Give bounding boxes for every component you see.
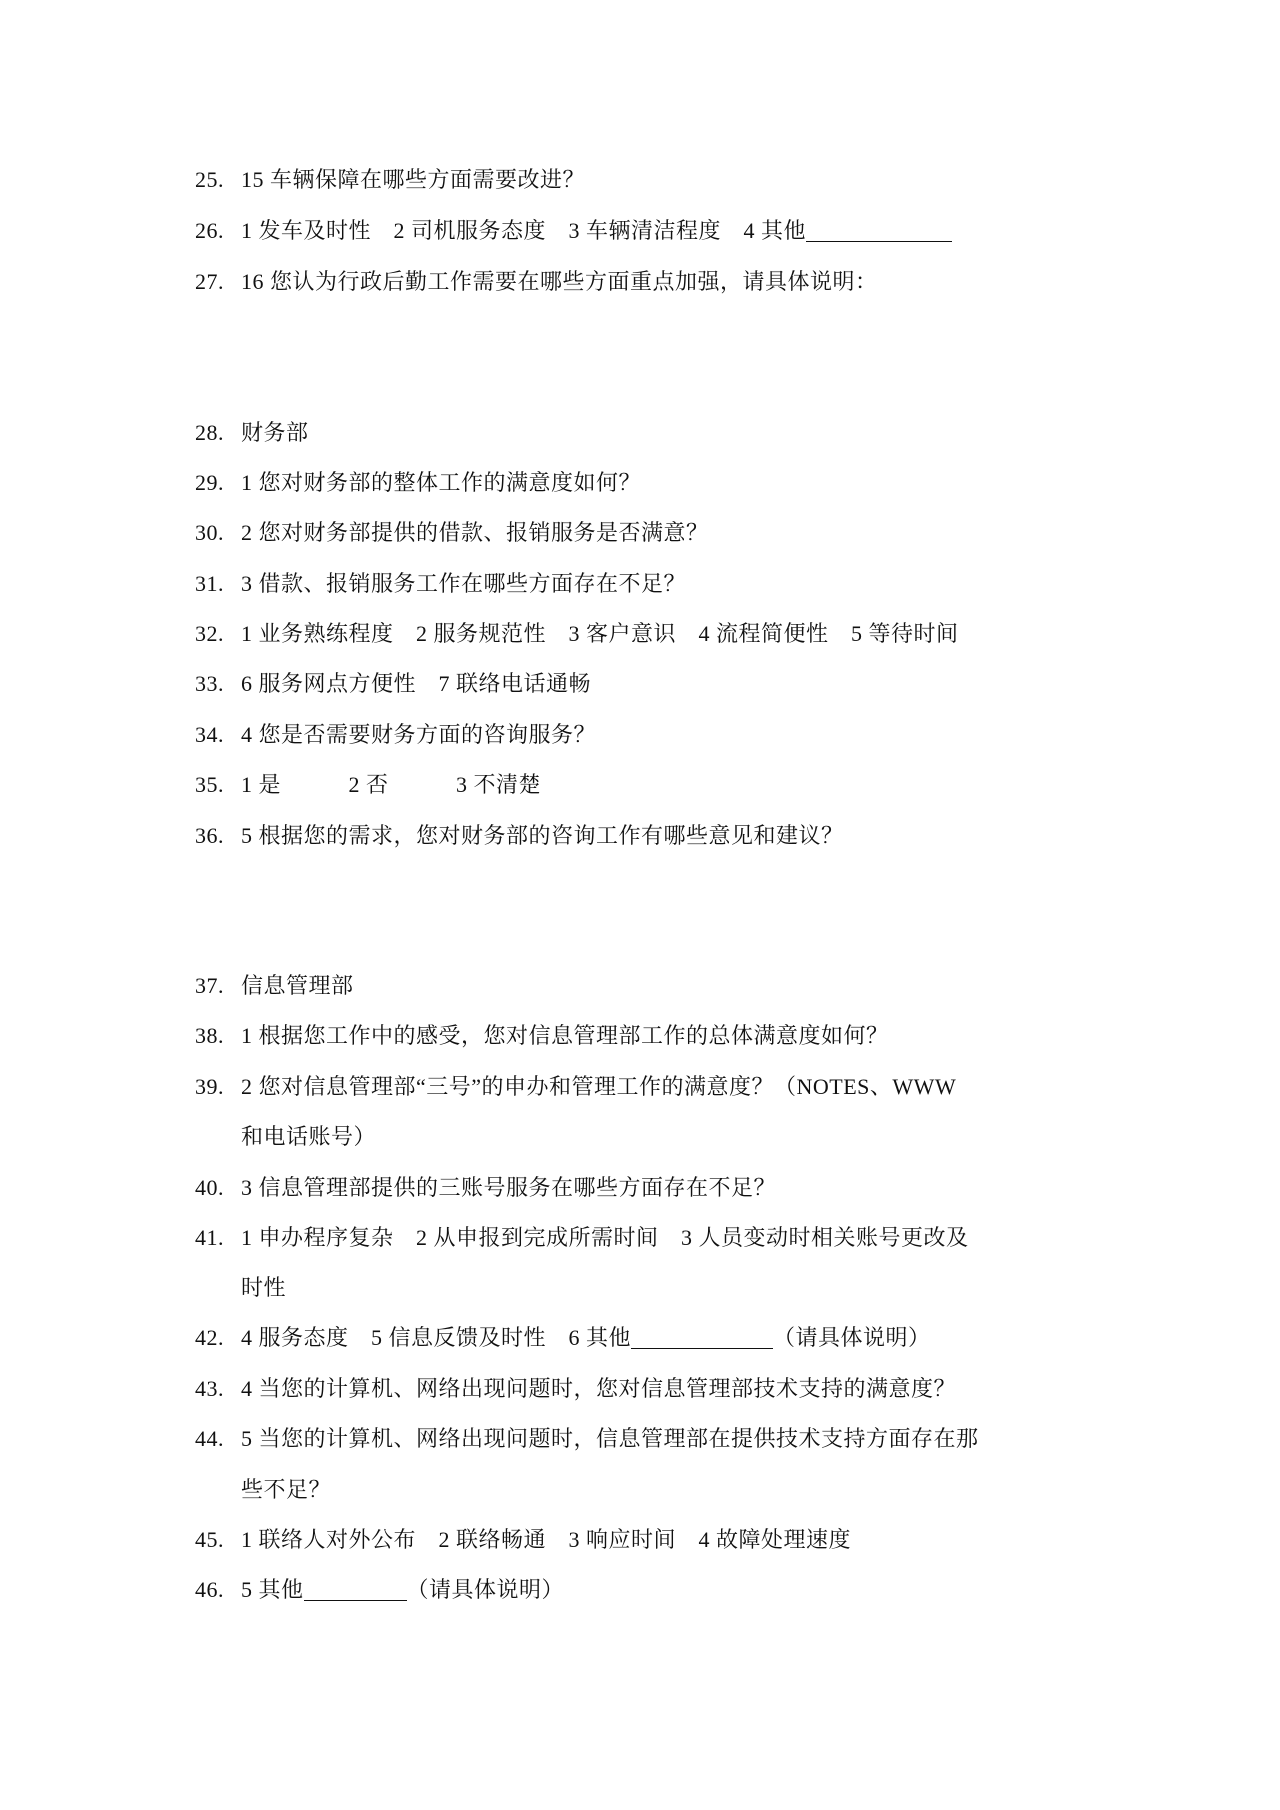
line-text: 6 服务网点方便性 7 联络电话通畅 bbox=[241, 671, 591, 696]
line-number: 37. bbox=[195, 971, 241, 1001]
line-number: 45. bbox=[195, 1525, 241, 1555]
line-number: 46. bbox=[195, 1575, 241, 1605]
line-number: 26. bbox=[195, 216, 241, 246]
options-line-41: 41.1 申办程序复杂 2 从申报到完成所需时间 3 人员变动时相关账号更改及 bbox=[195, 1223, 969, 1253]
question-line-25: 25.15 车辆保障在哪些方面需要改进？ bbox=[195, 165, 585, 195]
line-number: 33. bbox=[195, 669, 241, 699]
line-text: 些不足？ bbox=[241, 1477, 331, 1502]
line-suffix: （请具体说明） bbox=[773, 1325, 931, 1350]
fill-in-blank[interactable] bbox=[631, 1326, 773, 1349]
options-line-32: 32.1 业务熟练程度 2 服务规范性 3 客户意识 4 流程简便性 5 等待时… bbox=[195, 619, 959, 649]
line-text: 2 您对信息管理部“三号”的申办和管理工作的满意度？（NOTES、WWW bbox=[241, 1074, 956, 1099]
line-text: 1 业务熟练程度 2 服务规范性 3 客户意识 4 流程简便性 5 等待时间 bbox=[241, 621, 959, 646]
line-number: 32. bbox=[195, 619, 241, 649]
fill-in-blank[interactable] bbox=[806, 219, 952, 242]
question-line-38: 38.1 根据您工作中的感受，您对信息管理部工作的总体满意度如何？ bbox=[195, 1021, 889, 1051]
line-text: 1 联络人对外公布 2 联络畅通 3 响应时间 4 故障处理速度 bbox=[241, 1527, 851, 1552]
question-line-44: 44.5 当您的计算机、网络出现问题时，信息管理部在提供技术支持方面存在那 bbox=[195, 1424, 979, 1454]
question-line-31: 31.3 借款、报销服务工作在哪些方面存在不足？ bbox=[195, 569, 686, 599]
options-line-45: 45.1 联络人对外公布 2 联络畅通 3 响应时间 4 故障处理速度 bbox=[195, 1525, 851, 1555]
line-text: 16 您认为行政后勤工作需要在哪些方面重点加强，请具体说明： bbox=[241, 269, 878, 294]
line-number: 38. bbox=[195, 1021, 241, 1051]
line-text: 1 是 2 否 3 不清楚 bbox=[241, 772, 541, 797]
options-line-33: 33.6 服务网点方便性 7 联络电话通畅 bbox=[195, 669, 591, 699]
line-number: 39. bbox=[195, 1072, 241, 1102]
line-number: 36. bbox=[195, 821, 241, 851]
line-text: 4 您是否需要财务方面的咨询服务？ bbox=[241, 722, 596, 747]
line-text: 5 其他 bbox=[241, 1577, 304, 1602]
line-number: 31. bbox=[195, 569, 241, 599]
options-line-26: 26.1 发车及时性 2 司机服务态度 3 车辆清洁程度 4 其他 bbox=[195, 216, 952, 246]
question-line-43: 43.4 当您的计算机、网络出现问题时，您对信息管理部技术支持的满意度？ bbox=[195, 1374, 956, 1404]
section-title: 信息管理部 bbox=[241, 973, 354, 998]
line-number: 34. bbox=[195, 720, 241, 750]
question-line-40: 40.3 信息管理部提供的三账号服务在哪些方面存在不足？ bbox=[195, 1173, 776, 1203]
line-number: 42. bbox=[195, 1323, 241, 1353]
section-heading-info-mgmt: 37.信息管理部 bbox=[195, 971, 354, 1001]
line-number: 35. bbox=[195, 770, 241, 800]
question-line-29: 29.1 您对财务部的整体工作的满意度如何？ bbox=[195, 468, 641, 498]
fill-in-blank[interactable] bbox=[304, 1578, 407, 1601]
section-title: 财务部 bbox=[241, 420, 309, 445]
question-line-39: 39.2 您对信息管理部“三号”的申办和管理工作的满意度？（NOTES、WWW bbox=[195, 1072, 956, 1102]
line-number: 41. bbox=[195, 1223, 241, 1253]
options-line-42: 42.4 服务态度 5 信息反馈及时性 6 其他（请具体说明） bbox=[195, 1323, 931, 1353]
line-text: 4 服务态度 5 信息反馈及时性 6 其他 bbox=[241, 1325, 631, 1350]
options-line-41-continued: 时性 bbox=[241, 1273, 286, 1303]
document-page: 25.15 车辆保障在哪些方面需要改进？ 26.1 发车及时性 2 司机服务态度… bbox=[0, 0, 1280, 1810]
line-number: 44. bbox=[195, 1424, 241, 1454]
line-text: 时性 bbox=[241, 1275, 286, 1300]
question-line-39-continued: 和电话账号） bbox=[241, 1122, 376, 1152]
question-line-27: 27.16 您认为行政后勤工作需要在哪些方面重点加强，请具体说明： bbox=[195, 267, 878, 297]
line-text: 3 信息管理部提供的三账号服务在哪些方面存在不足？ bbox=[241, 1175, 776, 1200]
line-number: 28. bbox=[195, 418, 241, 448]
line-number: 29. bbox=[195, 468, 241, 498]
line-text: 2 您对财务部提供的借款、报销服务是否满意？ bbox=[241, 520, 709, 545]
line-text: 1 发车及时性 2 司机服务态度 3 车辆清洁程度 4 其他 bbox=[241, 218, 806, 243]
line-text: 1 根据您工作中的感受，您对信息管理部工作的总体满意度如何？ bbox=[241, 1023, 889, 1048]
options-line-35: 35.1 是 2 否 3 不清楚 bbox=[195, 770, 541, 800]
question-line-44-continued: 些不足？ bbox=[241, 1475, 331, 1505]
line-number: 27. bbox=[195, 267, 241, 297]
section-heading-finance: 28.财务部 bbox=[195, 418, 309, 448]
line-text: 4 当您的计算机、网络出现问题时，您对信息管理部技术支持的满意度？ bbox=[241, 1376, 956, 1401]
line-number: 43. bbox=[195, 1374, 241, 1404]
line-number: 40. bbox=[195, 1173, 241, 1203]
options-line-46: 46.5 其他（请具体说明） bbox=[195, 1575, 564, 1605]
line-text: 1 您对财务部的整体工作的满意度如何？ bbox=[241, 470, 641, 495]
line-text: 3 借款、报销服务工作在哪些方面存在不足？ bbox=[241, 571, 686, 596]
line-text: 15 车辆保障在哪些方面需要改进？ bbox=[241, 167, 585, 192]
line-text: 5 根据您的需求，您对财务部的咨询工作有哪些意见和建议？ bbox=[241, 823, 844, 848]
question-line-34: 34.4 您是否需要财务方面的咨询服务？ bbox=[195, 720, 596, 750]
line-text: 1 申办程序复杂 2 从申报到完成所需时间 3 人员变动时相关账号更改及 bbox=[241, 1225, 969, 1250]
line-text: 5 当您的计算机、网络出现问题时，信息管理部在提供技术支持方面存在那 bbox=[241, 1426, 979, 1451]
line-number: 25. bbox=[195, 165, 241, 195]
question-line-36: 36.5 根据您的需求，您对财务部的咨询工作有哪些意见和建议？ bbox=[195, 821, 844, 851]
line-text: 和电话账号） bbox=[241, 1124, 376, 1149]
line-suffix: （请具体说明） bbox=[407, 1577, 565, 1602]
question-line-30: 30.2 您对财务部提供的借款、报销服务是否满意？ bbox=[195, 518, 709, 548]
line-number: 30. bbox=[195, 518, 241, 548]
